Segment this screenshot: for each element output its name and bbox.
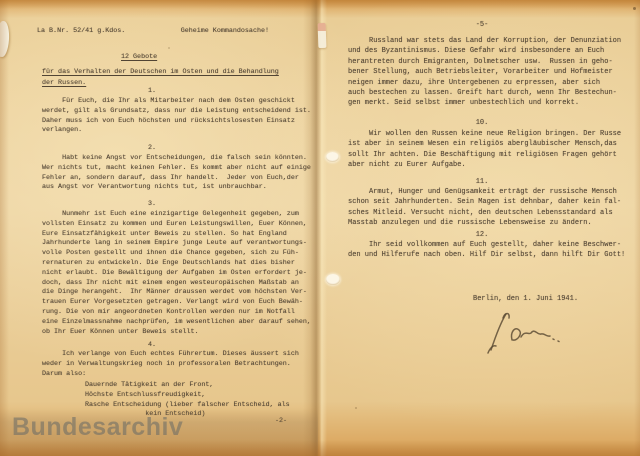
paper-speck [633,7,636,10]
section-10-text: Wir wollen den Russen keine neue Religio… [348,129,621,171]
document-scan: La B.Nr. 52/41 g.Kdos. Geheime Kommandos… [0,0,640,456]
section-12-text: Ihr seid vollkommen auf Euch gestellt, d… [348,240,625,261]
section-9-continuation-text: Russland war stets das Land der Korrupti… [348,36,621,109]
hole-punch-bottom [326,274,340,285]
section-10-number: 10. [348,118,616,128]
section-2-text: Habt keine Angst vor Entscheidungen, die… [42,154,311,193]
paper-speck [355,407,357,409]
dateline: Berlin, den 1. Juni 1941. [473,294,578,304]
section-12-number: 12. [348,230,616,240]
classification-stamp: Geheime Kommandosache! [181,27,269,37]
paper-speck [168,47,170,49]
page-footer-number: -2- [275,417,287,427]
hole-punch-top [326,152,339,162]
document-subtitle: für das Verhalten der Deutschen im Osten… [42,67,279,89]
paper-tear [0,21,10,58]
section-2-number: 2. [42,144,262,154]
section-1-number: 1. [42,87,262,97]
section-3-number: 3. [42,200,262,210]
section-4-text: Ich verlange von Euch echtes Führertum. … [42,350,299,379]
section-1-text: Für Euch, die Ihr als Mitarbeiter nach d… [42,97,311,136]
handwritten-signature [479,309,571,357]
bundesarchiv-watermark: Bundesarchiv [12,413,183,442]
section-11-text: Armut, Hunger und Genügsamkeit erträgt d… [348,187,621,229]
document-title: 12 Gebote [121,53,157,63]
section-3-text: Nunmehr ist Euch eine einzigartige Geleg… [42,210,311,337]
page-number-right: -5- [348,20,616,30]
section-11-number: 11. [348,177,616,187]
fold-top-mark [318,23,327,48]
file-reference: La B.Nr. 52/41 g.Kdos. [37,27,125,37]
page-left-header: La B.Nr. 52/41 g.Kdos. Geheime Kommandos… [37,27,269,37]
